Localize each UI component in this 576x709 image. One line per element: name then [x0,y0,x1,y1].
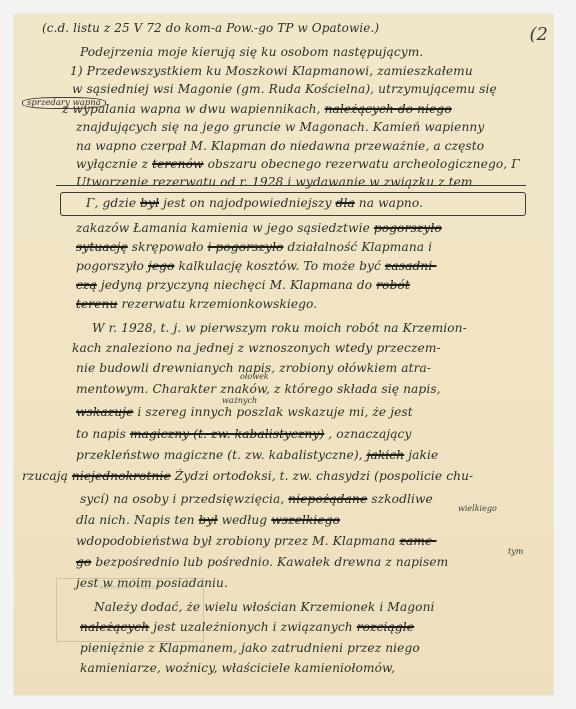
text-line: wyłącznie z terenów obszaru obecnego rez… [76,158,520,170]
insertion-above: ołowek [240,372,269,381]
deleted-text: pogorszyło [374,221,442,235]
deleted-text: rozciągle [357,620,414,634]
deleted-text: należących [80,620,149,634]
document-heading: (c.d. listu z 25 V 72 do kom-a Pow.-go T… [42,22,379,34]
text-line: wskazuje i szereg innych poszlak wskazuj… [76,406,413,418]
text-line: znajdujących się na jego gruncie w Magon… [76,121,484,133]
text-line: w sąsiedniej wsi Magonie (gm. Ruda Kości… [72,83,497,95]
text-line: zakazów Łamania kamienia w jego sąsiedzt… [76,222,442,234]
insertion-above: wielkiego [458,504,497,513]
deleted-text: był [140,196,159,210]
deleted-text: niepożądane [288,492,367,506]
insertion-above: tym [508,547,523,556]
text-line: dla nich. Napis ten był według wszelkieg… [76,514,340,526]
deleted-text: zasadni- [385,259,437,273]
text-line: Należy dodać, że wielu włościan Krzemion… [94,601,435,613]
deleted-text: wszelkiego [271,513,340,527]
deleted-text: terenu [76,297,117,311]
deleted-text: magiczny (t. zw. kabalistyczny) [130,427,324,441]
text-line: czą jedyną przyczyną niechęci M. Klapman… [76,279,410,291]
deleted-text: jego [148,259,175,273]
text-line: wdopodobieństwa był zrobiony przez M. Kl… [76,535,437,547]
deleted-text: zame- [399,534,436,548]
scanned-page: (c.d. listu z 25 V 72 do kom-a Pow.-go T… [0,0,576,709]
insertion-above: ważnych [222,396,257,405]
text-line: rzucają niejednokrotnie Żydzi ortodoksi,… [22,470,473,482]
text-line: sycí) na osoby i przedsięwzięcia, niepoż… [80,493,433,505]
page-number: (2 [530,24,548,45]
deleted-text: terenów [152,157,203,171]
deleted-text: dla [336,196,355,210]
text-line: terenu rezerwatu krzemionkowskiego. [76,298,317,310]
text-line: pieniężnie z Klapmanem, jako zatrudnieni… [80,642,420,654]
text-line: 1) Przedewszystkiem ku Moszkowi Klapmano… [70,65,473,77]
deleted-text: był [199,513,218,527]
text-line: W r. 1928, t. j. w pierwszym roku moich … [92,322,467,334]
deleted-text: niejednokrotnie [72,469,171,483]
text-line: z wypalania wapna w dwu wapiennikach, na… [62,103,452,115]
text-line: Utworzenie rezerwatu od r. 1928 i wydawa… [76,176,473,188]
deleted-text: sytuację [76,240,128,254]
deleted-text: należących do niego [325,102,452,116]
text-line: Podejrzenia moje kierują się ku osobom n… [80,46,423,58]
text-line: przekleństwo magiczne (t. zw. kabalistyc… [76,449,438,461]
deleted-text: go [76,555,91,569]
text-line: należących jest uzależnionych i związany… [80,621,414,633]
deleted-text: czą [76,278,97,292]
text-line: kach znaleziono na jednej z wznoszonych … [72,342,441,354]
text-line: pogorszyło jego kalkulację kosztów. To m… [76,260,437,272]
deleted-text: i pogorszyło [208,240,284,254]
deleted-text: wskazuje [76,405,133,419]
text-line: to napis magiczny (t. zw. kabalistyczny)… [76,428,411,440]
text-line: na wapno czerpał M. Klapman do niedawna … [76,140,484,152]
deleted-text: jakich [367,448,405,462]
text-line-boxed: Γ, gdzie był jest on najodpowiedniejszy … [86,197,423,209]
text-line: go bezpośrednio lub pośrednio. Kawałek d… [76,556,448,568]
text-line: sytuację skrępowało i pogorszyło działal… [76,241,432,253]
deleted-text: robót [376,278,410,292]
text-line: kamieniarze, woźnicy, właściciele kamien… [80,662,395,674]
underline-rule [56,185,526,186]
text-line: mentowym. Charakter znaków, z którego sk… [76,383,441,395]
